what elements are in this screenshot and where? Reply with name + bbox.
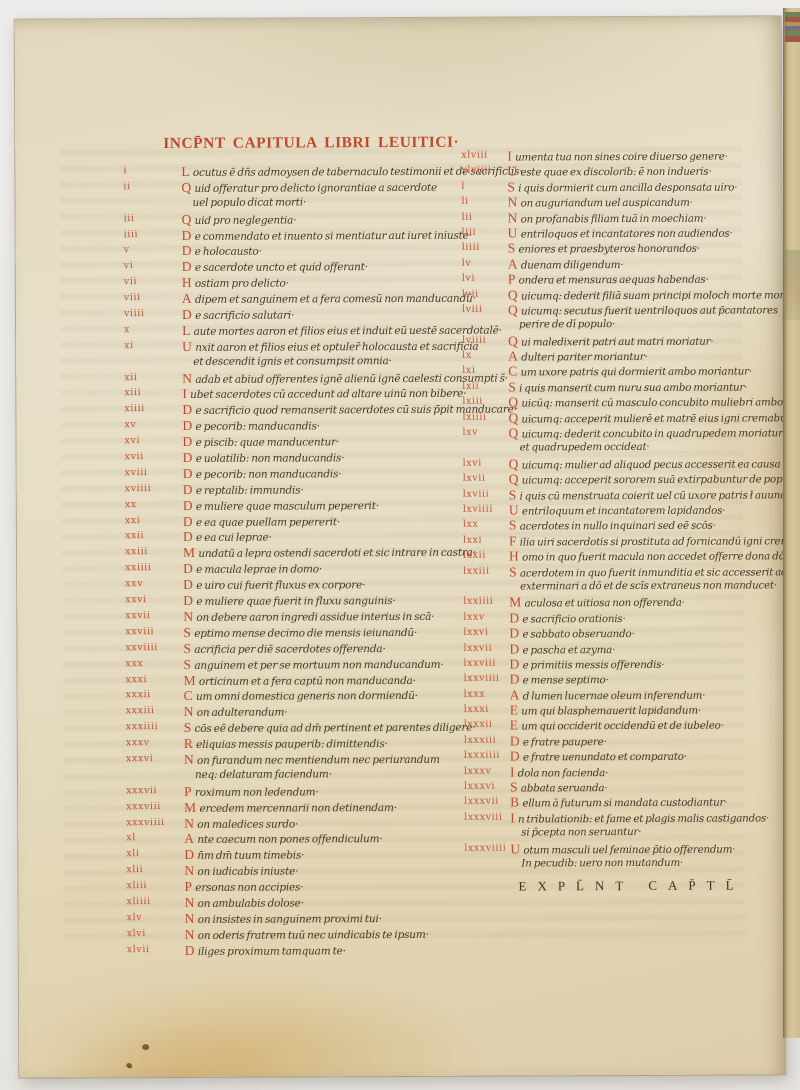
ink-spot bbox=[125, 1062, 133, 1069]
capitulum-text: Cum uxore patris qui dormierit ambo mori… bbox=[508, 362, 800, 379]
rubricated-initial: M bbox=[184, 672, 196, 687]
chapter-numeral: lx bbox=[462, 350, 506, 361]
rubricated-initial: N bbox=[185, 911, 195, 926]
chapter-numeral: xii bbox=[124, 372, 180, 383]
capitulum-entry: xlviiiiUeste quae ex discolorib: ē non i… bbox=[507, 162, 800, 179]
chapter-numeral: xxxi bbox=[126, 673, 182, 684]
capitulum-entry: lxxxviiiiUotum masculi uel feminae p̄tio… bbox=[510, 840, 800, 872]
rubricated-initial: D bbox=[182, 307, 192, 322]
rubricated-initial: D bbox=[182, 402, 192, 417]
rubricated-initial: D bbox=[183, 561, 193, 576]
capitulum-entry: lxxxAd lumen lucernae oleum inferendum· bbox=[510, 686, 800, 703]
chapter-numeral: lxxiii bbox=[463, 565, 507, 576]
chapter-numeral: lviii bbox=[462, 303, 506, 314]
chapter-numeral: xxxii bbox=[126, 689, 182, 700]
rubricated-initial: C bbox=[184, 688, 193, 703]
capitulum-entry: lxiiiiQuicumq: acceperit mulierē et matr… bbox=[508, 409, 800, 426]
chapter-numeral: lxvii bbox=[463, 473, 507, 484]
capitulum-text: Quicumq: mulier ad aliquod pecus accesse… bbox=[509, 455, 800, 472]
chapter-numeral: lxxxiiii bbox=[464, 750, 508, 761]
capitulum-text: Maculosa et uitiosa non offerenda· bbox=[509, 593, 800, 610]
rubricated-initial: D bbox=[510, 672, 520, 687]
capitulum-entry: xliiNon iudicabis iniuste· bbox=[184, 862, 525, 879]
rubricated-initial: L bbox=[181, 164, 189, 179]
chapter-numeral: lxxv bbox=[463, 611, 507, 622]
chapter-numeral: xlii bbox=[126, 864, 182, 875]
capitulum-text: Idola non facienda· bbox=[510, 763, 800, 780]
chapter-numeral: ii bbox=[123, 181, 179, 192]
chapter-numeral: lvi bbox=[462, 273, 506, 284]
rubricated-initial: I bbox=[507, 149, 511, 164]
capitulum-entry: xxvDe uiro cui fuerit fluxus ex corpore· bbox=[183, 576, 524, 593]
capitulum-entry: lxvQuicumq: dederit concubito in quadrup… bbox=[508, 424, 800, 456]
capitulum-entry: liiiUentriloquos et incantatores non aud… bbox=[508, 224, 800, 241]
capitulum-entry: lxiCum uxore patris qui dormierit ambo m… bbox=[508, 362, 800, 379]
capitulum-entry: lxxxiiiDe fratre paupere· bbox=[510, 732, 800, 749]
capitulum-text: Personas non accipies· bbox=[184, 878, 525, 895]
capitulum-entry: lxxSacerdotes in nullo inquinari sed eē … bbox=[509, 516, 800, 533]
rubricated-initial: M bbox=[509, 595, 521, 610]
rubricated-initial: Q bbox=[182, 212, 192, 227]
chapter-numeral: lxxvi bbox=[463, 627, 507, 638]
capitulum-text: Uotum masculi uel feminae p̄tio offerend… bbox=[510, 840, 800, 857]
capitulum-text: Iumenta tua non sines coire diuerso gene… bbox=[507, 147, 800, 164]
chapter-numeral: lxviiii bbox=[463, 504, 507, 515]
rubricated-initial: I bbox=[510, 810, 514, 825]
capitulum-entry: lviPondera et mensuras aequas habendas· bbox=[508, 270, 800, 287]
chapter-numeral: lxxxii bbox=[464, 719, 508, 730]
chapter-numeral: lxviii bbox=[463, 488, 507, 499]
capitulum-entry: xliiiiNon ambulabis dolose· bbox=[185, 893, 526, 910]
rubricated-initial: C bbox=[508, 364, 517, 379]
capitulum-entry: lxxxviiiIn tribulationib: et fame et pla… bbox=[510, 809, 800, 841]
chapter-numeral: lxxxviiii bbox=[464, 842, 508, 853]
capitulum-text: De mense septimo· bbox=[510, 670, 800, 687]
capitulum-text: De primitiis messis offerendis· bbox=[509, 655, 800, 672]
capitulum-text: De sabbato obseruando· bbox=[509, 624, 800, 641]
capitulum-text: Qui maledixerit patri aut matri moriatur… bbox=[508, 332, 800, 349]
rubricated-initial: S bbox=[510, 780, 517, 795]
chapter-numeral: lviiii bbox=[462, 334, 506, 345]
rubricated-initial: D bbox=[510, 749, 520, 764]
capitulum-text: Non oderis fratrem tuū nec uindicabis te… bbox=[185, 925, 526, 942]
rubricated-initial: N bbox=[184, 815, 194, 830]
capitulum-text: Non auguriandum uel auspicandum· bbox=[507, 193, 800, 210]
capitulum-entry: lxxiiHomo in quo fuerit macula non acced… bbox=[509, 547, 800, 564]
chapter-numeral: viiii bbox=[124, 308, 180, 319]
chapter-numeral: lxxxv bbox=[464, 765, 508, 776]
chapter-numeral: lxxiiii bbox=[463, 596, 507, 607]
capitulum-entry: lxviiiSi quis cū menstruata coierit uel … bbox=[509, 486, 800, 503]
rubricated-initial: D bbox=[183, 434, 193, 449]
capitulum-entry: lSi quis dormierit cum ancilla desponsat… bbox=[507, 178, 800, 195]
chapter-numeral: xxxvii bbox=[126, 785, 182, 796]
rubricated-initial: M bbox=[183, 545, 195, 560]
capitulum-text: Bellum ā futurum si mandata custodiantur… bbox=[510, 793, 800, 810]
chapter-numeral: vi bbox=[124, 260, 180, 271]
chapter-numeral: viii bbox=[124, 292, 180, 303]
capitulum-entry: xlvNon insistes in sanguinem proximi tui… bbox=[185, 909, 526, 926]
chapter-numeral: lxxxiii bbox=[464, 734, 508, 745]
capitulum-entry: lvAduenam diligendum· bbox=[508, 255, 800, 272]
rubricated-initial: N bbox=[184, 863, 194, 878]
rubricated-initial: D bbox=[182, 259, 192, 274]
capitulum-entry: lxxvDe sacrificio orationis· bbox=[509, 609, 800, 626]
rubricated-initial: D bbox=[182, 418, 192, 433]
capitulum-entry: lxviiiiUentriloquum et incantatorem lapi… bbox=[509, 501, 800, 518]
capitulum-entry: lxxiiiiMaculosa et uitiosa non offerenda… bbox=[509, 593, 800, 610]
capitulum-text-continuation: perire de dī populo· bbox=[508, 316, 800, 333]
rubricated-initial: N bbox=[508, 210, 518, 225]
capitulum-text: De sacrificio orationis· bbox=[509, 609, 800, 626]
rubricated-initial: D bbox=[183, 529, 193, 544]
rubricated-initial: A bbox=[508, 256, 518, 271]
rubricated-initial: S bbox=[509, 564, 516, 579]
rubricated-initial: U bbox=[508, 225, 518, 240]
rubricated-initial: D bbox=[509, 656, 519, 671]
chapter-numeral: xlvii bbox=[127, 944, 183, 955]
rubricated-initial: H bbox=[509, 549, 519, 564]
chapter-numeral: xxxvi bbox=[126, 753, 182, 764]
rubricated-initial: Q bbox=[508, 426, 518, 441]
rubricated-initial: S bbox=[183, 625, 190, 640]
rubricated-initial: P bbox=[184, 879, 191, 894]
rubricated-initial: I bbox=[182, 386, 186, 401]
capitulum-text: Non insistes in sanguinem proximi tui· bbox=[185, 909, 526, 926]
capitulum-text: Sabbata seruanda· bbox=[510, 778, 800, 795]
chapter-numeral: lxvi bbox=[463, 457, 507, 468]
chapter-numeral: xx bbox=[125, 499, 181, 510]
capitulum-text-continuation: exterminari a dō et de scīs extraneus no… bbox=[509, 578, 800, 595]
capitulum-text: Quicumq: dederit filiā suam principi mol… bbox=[508, 286, 800, 303]
capitulum-entry: liiNon profanabis filiam tuā in moechiam… bbox=[508, 209, 800, 226]
rubricated-initial: E bbox=[510, 703, 518, 718]
capitulum-text: Uentriloquum et incantatorem lapidandos· bbox=[509, 501, 800, 518]
rubricated-initial: A bbox=[182, 291, 192, 306]
rubricated-initial: R bbox=[184, 736, 193, 751]
rubricated-initial: S bbox=[183, 657, 190, 672]
rubricated-initial: D bbox=[183, 577, 193, 592]
chapter-numeral: lxxxvi bbox=[464, 781, 508, 792]
capitulum-entry: lviiiiQui maledixerit patri aut matri mo… bbox=[508, 332, 800, 349]
chapter-numeral: liiii bbox=[462, 242, 506, 253]
rubricated-initial: D bbox=[509, 610, 519, 625]
rubricated-initial: H bbox=[182, 275, 192, 290]
chapter-numeral: lxxx bbox=[464, 688, 508, 699]
rubricated-initial: D bbox=[184, 847, 194, 862]
rubricated-initial: N bbox=[185, 927, 195, 942]
chapter-numeral: li bbox=[461, 196, 505, 207]
rubricated-initial: Q bbox=[508, 287, 518, 302]
rubricated-initial: D bbox=[185, 943, 195, 958]
capitulum-text: Quicumq: dederit concubito in quadrupede… bbox=[508, 424, 800, 441]
rubricated-initial: U bbox=[182, 339, 192, 354]
chapter-numeral: xxii bbox=[125, 530, 181, 541]
capitulum-text-continuation: In pecudib: uero non mutandum· bbox=[510, 855, 800, 872]
photo-background: INCP̄NT CAPITULA LIBRI LEUITICI· iLocutu… bbox=[0, 0, 800, 1090]
rubricated-initial: N bbox=[507, 195, 517, 210]
chapter-numeral: xiii bbox=[124, 387, 180, 398]
capitulum-text: De fratre uenundato et comparato· bbox=[510, 747, 800, 764]
chapter-numeral: lvii bbox=[462, 288, 506, 299]
chapter-numeral: xxxviiii bbox=[126, 816, 182, 827]
capitulum-text: Diliges proximum tamquam te· bbox=[185, 941, 526, 958]
rubricated-initial: Q bbox=[508, 333, 518, 348]
rubricated-initial: N bbox=[185, 895, 195, 910]
chapter-numeral: xxvii bbox=[125, 610, 181, 621]
chapter-numeral: xxv bbox=[125, 578, 181, 589]
chapter-numeral: xvi bbox=[125, 435, 181, 446]
rubricated-initial: D bbox=[183, 466, 193, 481]
chapter-numeral: xxiiii bbox=[125, 562, 181, 573]
capitulum-entry: lxxxvIdola non facienda· bbox=[510, 763, 800, 780]
rubricated-initial: Q bbox=[508, 410, 518, 425]
capitulum-text: Eum qui blasphemauerit lapidandum· bbox=[510, 701, 800, 718]
chapter-numeral: lxxviii bbox=[463, 657, 507, 668]
capitulum-entry: xlviNon oderis fratrem tuū nec uindicabi… bbox=[185, 925, 526, 942]
rubricated-initial: N bbox=[184, 752, 194, 767]
rubricated-initial: D bbox=[509, 641, 519, 656]
rubricated-initial: D bbox=[183, 513, 193, 528]
capitulum-text: Sacerdotem in quo fuerit inmunditia et s… bbox=[509, 563, 800, 580]
capitulum-entry: lxxviiiDe primitiis messis offerendis· bbox=[509, 655, 800, 672]
capitulum-text: Ueste quae ex discolorib: ē non indueris… bbox=[507, 162, 800, 179]
capitulum-entry: liiiiSeniores et praesbyteros honorandos… bbox=[508, 239, 800, 256]
chapter-numeral: vii bbox=[124, 276, 180, 287]
rubricated-initial: D bbox=[182, 243, 192, 258]
chapter-numeral: xlviii bbox=[461, 150, 505, 161]
chapter-numeral: xvii bbox=[125, 451, 181, 462]
chapter-numeral: xxxviii bbox=[126, 801, 182, 812]
rubricated-initial: S bbox=[509, 487, 516, 502]
capitulum-text: Si quis manserit cum nuru sua ambo moria… bbox=[508, 378, 800, 395]
chapter-numeral: liii bbox=[462, 226, 506, 237]
rubricated-initial: D bbox=[183, 498, 193, 513]
rubricated-initial: M bbox=[184, 800, 196, 815]
rubricated-initial: Q bbox=[509, 472, 519, 487]
chapter-numeral: lxxxviii bbox=[464, 811, 508, 822]
capitulum-text: In tribulationib: et fame et plagis mali… bbox=[510, 809, 800, 826]
capitulum-entry: xlviiiIumenta tua non sines coire diuers… bbox=[507, 147, 800, 164]
chapter-numeral: xxxv bbox=[126, 737, 182, 748]
chapter-numeral: iii bbox=[124, 213, 180, 224]
capitulum-text: Seniores et praesbyteros honorandos· bbox=[508, 239, 800, 256]
capitulum-text-continuation: et quadrupedem occideat· bbox=[509, 439, 800, 456]
capitulum-text: Quicumq: acceperit sororem suā extirpabu… bbox=[509, 470, 800, 487]
chapter-numeral: lxv bbox=[462, 427, 506, 438]
capitulum-entry: liNon auguriandum uel auspicandum· bbox=[507, 193, 800, 210]
chapter-numeral: i bbox=[123, 165, 179, 176]
capitulum-text: Quicumq: acceperit mulierē et matrē eius… bbox=[508, 409, 800, 426]
capitulum-text: Homo in quo fuerit macula non accedet of… bbox=[509, 547, 800, 564]
capitulum-entry: lxxxiiiiDe fratre uenundato et comparato… bbox=[510, 747, 800, 764]
rubricated-initial: S bbox=[508, 241, 515, 256]
book-fore-edge bbox=[783, 8, 800, 1038]
capitulum-entry: lxxxviiBellum ā futurum si mandata custo… bbox=[510, 793, 800, 810]
chapter-numeral: lxxxi bbox=[464, 704, 508, 715]
rubricated-initial: P bbox=[184, 784, 191, 799]
rubricated-initial: D bbox=[183, 482, 193, 497]
rubricated-initial: D bbox=[509, 626, 519, 641]
capitulum-text: Non iudicabis iniuste· bbox=[184, 862, 525, 879]
chapter-numeral: xl bbox=[126, 832, 182, 843]
rubricated-initial: S bbox=[509, 518, 516, 533]
rubricated-initial: D bbox=[182, 227, 192, 242]
capitulum-text: Filia uiri sacerdotis si prostituta ad f… bbox=[509, 532, 800, 549]
chapter-numeral: lxi bbox=[462, 365, 506, 376]
capitulum-entry: lxxxviSabbata seruanda· bbox=[510, 778, 800, 795]
chapter-numeral: xxviiii bbox=[125, 642, 181, 653]
rubricated-initial: S bbox=[508, 379, 515, 394]
rubricated-initial: Q bbox=[181, 180, 191, 195]
rubricated-initial: S bbox=[184, 720, 191, 735]
capitulum-text: Aduenam diligendum· bbox=[508, 255, 800, 272]
rubricated-initial: A bbox=[510, 687, 520, 702]
rubricated-initial: L bbox=[182, 323, 190, 338]
chapter-numeral: iiii bbox=[124, 229, 180, 240]
chapter-numeral: xxvi bbox=[125, 594, 181, 605]
chapter-numeral: xlvi bbox=[127, 928, 183, 939]
chapter-numeral: lxiii bbox=[462, 396, 506, 407]
capitulum-entry: lxviQuicumq: mulier ad aliquod pecus acc… bbox=[509, 455, 800, 472]
rubricated-initial: A bbox=[508, 349, 518, 364]
chapter-numeral: xli bbox=[126, 848, 182, 859]
rubricated-initial: U bbox=[510, 841, 520, 856]
chapter-numeral: lxii bbox=[462, 380, 506, 391]
capitulum-text: Non profanabis filiam tuā in moechiam· bbox=[508, 209, 800, 226]
rubricated-initial: Q bbox=[508, 395, 518, 410]
chapter-numeral: x bbox=[124, 324, 180, 335]
chapter-numeral: xxxiii bbox=[126, 705, 182, 716]
chapter-numeral: lv bbox=[462, 257, 506, 268]
capitulum-text: Ad lumen lucernae oleum inferendum· bbox=[510, 686, 800, 703]
chapter-numeral: xi bbox=[124, 340, 180, 351]
capitulum-entry: lxxxiiEum qui occiderit occidendū et de … bbox=[510, 716, 800, 733]
chapter-numeral: xxiii bbox=[125, 546, 181, 557]
chapter-numeral: xxx bbox=[125, 658, 181, 669]
capitulum-text: Eum qui occiderit occidendū et de iubele… bbox=[510, 716, 800, 733]
capitulum-entry: lxxiiiSacerdotem in quo fuerit inmunditi… bbox=[509, 563, 800, 595]
capitulum-text: Si quis dormierit cum ancilla desponsata… bbox=[507, 178, 800, 195]
next-page-decoration-icon bbox=[785, 12, 800, 42]
rubricated-initial: D bbox=[183, 593, 193, 608]
chapter-numeral: v bbox=[124, 244, 180, 255]
capitulum-text: Adulteri pariter moriantur· bbox=[508, 347, 800, 364]
capitulum-entry: xlviiDiliges proximum tamquam te· bbox=[185, 941, 526, 958]
rubricated-initial: B bbox=[510, 795, 519, 810]
capitulum-text: Pondera et mensuras aequas habendas· bbox=[508, 270, 800, 287]
rubricated-initial: N bbox=[182, 370, 192, 385]
chapter-numeral: xxxiiii bbox=[126, 721, 182, 732]
rubricated-initial: I bbox=[510, 764, 514, 779]
rubricated-initial: N bbox=[184, 704, 194, 719]
capitulum-entry: lxxviiDe pascha et azyma· bbox=[509, 640, 800, 657]
chapter-numeral: lii bbox=[462, 211, 506, 222]
rubricated-initial: D bbox=[510, 733, 520, 748]
chapter-numeral: xviii bbox=[125, 467, 181, 478]
rubricated-initial: S bbox=[183, 641, 190, 656]
chapter-numeral: lxx bbox=[463, 519, 507, 530]
capitulum-entry: lxxiFilia uiri sacerdotis si prostituta … bbox=[509, 532, 800, 549]
capitulum-entry: lxiiiQuicūq: manserit cū masculo concubi… bbox=[508, 393, 800, 410]
rubricated-initial: U bbox=[507, 164, 517, 179]
rubricated-initial: S bbox=[507, 179, 514, 194]
rubricated-initial: Q bbox=[509, 456, 519, 471]
capitulum-entry: lxxviDe sabbato obseruando· bbox=[509, 624, 800, 641]
capitulum-entry: lxiiSi quis manserit cum nuru sua ambo m… bbox=[508, 378, 800, 395]
rubricated-initial: E bbox=[510, 718, 518, 733]
capitulum-text: De fratre paupere· bbox=[510, 732, 800, 749]
capitulum-entry: lviiQuicumq: dederit filiā suam principi… bbox=[508, 286, 800, 303]
explicit-line: EXPL̄NT CAP̄TL̄ bbox=[518, 878, 744, 895]
capitulum-text: Sacerdotes in nullo inquinari sed eē scō… bbox=[509, 516, 800, 533]
capitulum-text: Si quis cū menstruata coierit uel cū uxo… bbox=[509, 486, 800, 503]
chapter-numeral: xlv bbox=[127, 912, 183, 923]
rubricated-initial: A bbox=[184, 831, 194, 846]
chapter-numeral: xviiii bbox=[125, 483, 181, 494]
chapter-numeral: xxi bbox=[125, 515, 181, 526]
capitulum-text: Uentriloquos et incantatores non audiend… bbox=[508, 224, 800, 241]
capitulum-entry: lxAdulteri pariter moriantur· bbox=[508, 347, 800, 364]
next-page-decoration-icon bbox=[785, 250, 800, 320]
rubricated-initial: F bbox=[509, 533, 516, 548]
right-column: xlviiiIumenta tua non sines coire diuers… bbox=[507, 147, 800, 872]
capitulum-text: Non ambulabis dolose· bbox=[185, 893, 526, 910]
chapter-numeral: xliii bbox=[126, 880, 182, 891]
capitulum-entry: xliiiPersonas non accipies· bbox=[184, 878, 525, 895]
capitulum-entry: lxxviiiiDe mense septimo· bbox=[510, 670, 800, 687]
chapter-numeral: lxiiii bbox=[462, 411, 506, 422]
capitulum-entry: lxxxiEum qui blasphemauerit lapidandum· bbox=[510, 701, 800, 718]
chapter-numeral: lxxi bbox=[463, 534, 507, 545]
ink-spot bbox=[142, 1044, 149, 1050]
capitulum-text: Quicūq: manserit cū masculo concubito mu… bbox=[508, 393, 800, 410]
chapter-numeral: lxxvii bbox=[463, 642, 507, 653]
rubricated-initial: N bbox=[183, 609, 193, 624]
capitulum-entry: lxviiQuicumq: acceperit sororem suā exti… bbox=[509, 470, 800, 487]
chapter-numeral: xlviiii bbox=[461, 165, 505, 176]
capitulum-text-continuation: si p̄cepta non seruantur· bbox=[510, 824, 800, 841]
page-title: INCP̄NT CAPITULA LIBRI LEUITICI· bbox=[163, 135, 459, 152]
chapter-numeral: lxxii bbox=[463, 550, 507, 561]
capitulum-text: De pascha et azyma· bbox=[509, 640, 800, 657]
chapter-numeral: l bbox=[461, 180, 505, 191]
chapter-numeral: lxxviiii bbox=[464, 673, 508, 684]
capitulum-text: De uiro cui fuerit fluxus ex corpore· bbox=[183, 576, 524, 593]
chapter-numeral: lxxxvii bbox=[464, 796, 508, 807]
capitulum-entry: lviiiQuicumq: secutus fuerit uentriloquo… bbox=[508, 301, 800, 333]
rubricated-initial: P bbox=[508, 272, 515, 287]
rubricated-initial: U bbox=[509, 502, 519, 517]
manuscript-page: INCP̄NT CAPITULA LIBRI LEUITICI· iLocutu… bbox=[15, 16, 786, 1077]
chapter-numeral: xiiii bbox=[124, 403, 180, 414]
rubricated-initial: D bbox=[183, 450, 193, 465]
chapter-numeral: xv bbox=[124, 419, 180, 430]
rubricated-initial: Q bbox=[508, 302, 518, 317]
capitulum-text: Quicumq: secutus fuerit uentriloquos aut… bbox=[508, 301, 800, 318]
chapter-numeral: xxviii bbox=[125, 626, 181, 637]
chapter-numeral: xliiii bbox=[127, 896, 183, 907]
